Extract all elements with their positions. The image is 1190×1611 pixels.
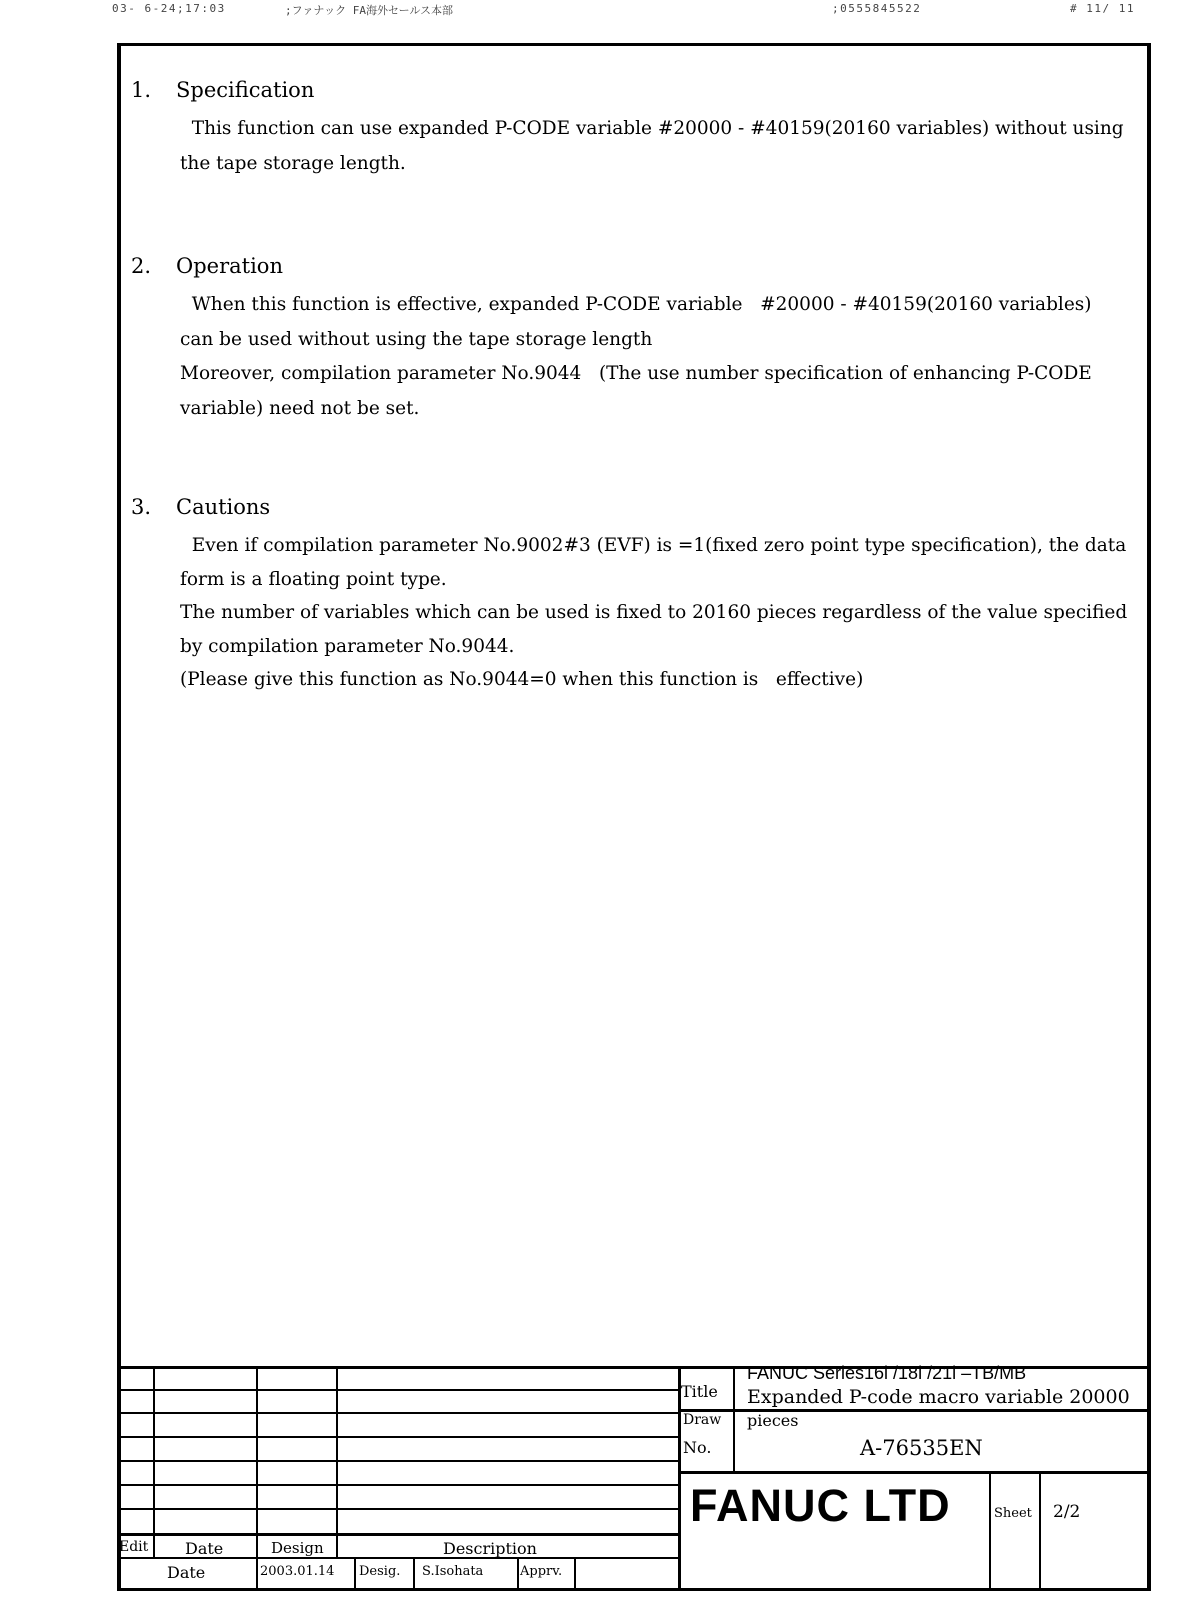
- fax-header: 03- 6-24;17:03 ;ファナック FA海外セールス本部 ;055584…: [0, 0, 1190, 16]
- paragraph-line: The number of variables which can be use…: [180, 596, 1127, 630]
- section-cautions-body: Even if compilation parameter No.9002#3 …: [180, 529, 1127, 697]
- title-description-cont: pieces: [747, 1411, 798, 1430]
- approver-label: Apprv.: [520, 1564, 562, 1579]
- section-title: Operation: [176, 254, 283, 278]
- draw-no-label: No.: [683, 1438, 711, 1457]
- paragraph-line: variable) need not be set.: [180, 392, 1092, 427]
- section-number: 3.: [131, 495, 151, 519]
- section-number: 2.: [131, 254, 151, 278]
- paragraph-line: This function can use expanded P-CODE va…: [180, 112, 1124, 147]
- section-specification-body: This function can use expanded P-CODE va…: [180, 112, 1124, 181]
- paragraph-line: the tape storage length.: [180, 147, 1124, 182]
- date-header: Date: [185, 1539, 223, 1558]
- section-number: 1.: [131, 78, 151, 102]
- designer-value: S.Isohata: [422, 1564, 483, 1579]
- fax-page-indicator: # 11/ 11: [1070, 2, 1135, 15]
- title-series: FANUC Series16i /18i /21i –TB/MB: [747, 1363, 1026, 1384]
- fax-number: ;0555845522: [832, 2, 921, 15]
- paragraph-line: (Please give this function as No.9044=0 …: [180, 663, 1127, 697]
- sheet-label: Sheet: [994, 1506, 1032, 1521]
- approval-date-label: Date: [167, 1563, 205, 1582]
- company-logo: FANUC LTD: [690, 1480, 951, 1532]
- paragraph-line: Even if compilation parameter No.9002#3 …: [180, 529, 1127, 563]
- section-title: Cautions: [176, 495, 270, 519]
- paragraph-line: form is a floating point type.: [180, 563, 1127, 597]
- section-title: Specification: [176, 78, 314, 102]
- paragraph-line: can be used without using the tape stora…: [180, 323, 1092, 358]
- title-description: Expanded P-code macro variable 20000: [747, 1386, 1130, 1408]
- sheet-value: 2/2: [1053, 1502, 1080, 1522]
- edit-header: Edit: [119, 1539, 148, 1555]
- section-operation-body: When this function is effective, expande…: [180, 288, 1092, 426]
- draw-label: Draw: [683, 1412, 721, 1428]
- design-header: Design: [271, 1539, 324, 1557]
- title-block: Edit Date Design Description Date 2003.0…: [117, 1366, 1151, 1591]
- description-header: Description: [443, 1539, 537, 1558]
- title-label: Title: [681, 1382, 718, 1401]
- designer-label: Desig.: [359, 1564, 400, 1579]
- paragraph-line: by compilation parameter No.9044.: [180, 630, 1127, 664]
- drawing-number: A-76535EN: [860, 1436, 983, 1460]
- fax-sender: ;ファナック FA海外セールス本部: [285, 2, 453, 18]
- fax-timestamp: 03- 6-24;17:03: [112, 2, 226, 15]
- paragraph-line: Moreover, compilation parameter No.9044 …: [180, 357, 1092, 392]
- approval-date-value: 2003.01.14: [260, 1564, 334, 1579]
- paragraph-line: When this function is effective, expande…: [180, 288, 1092, 323]
